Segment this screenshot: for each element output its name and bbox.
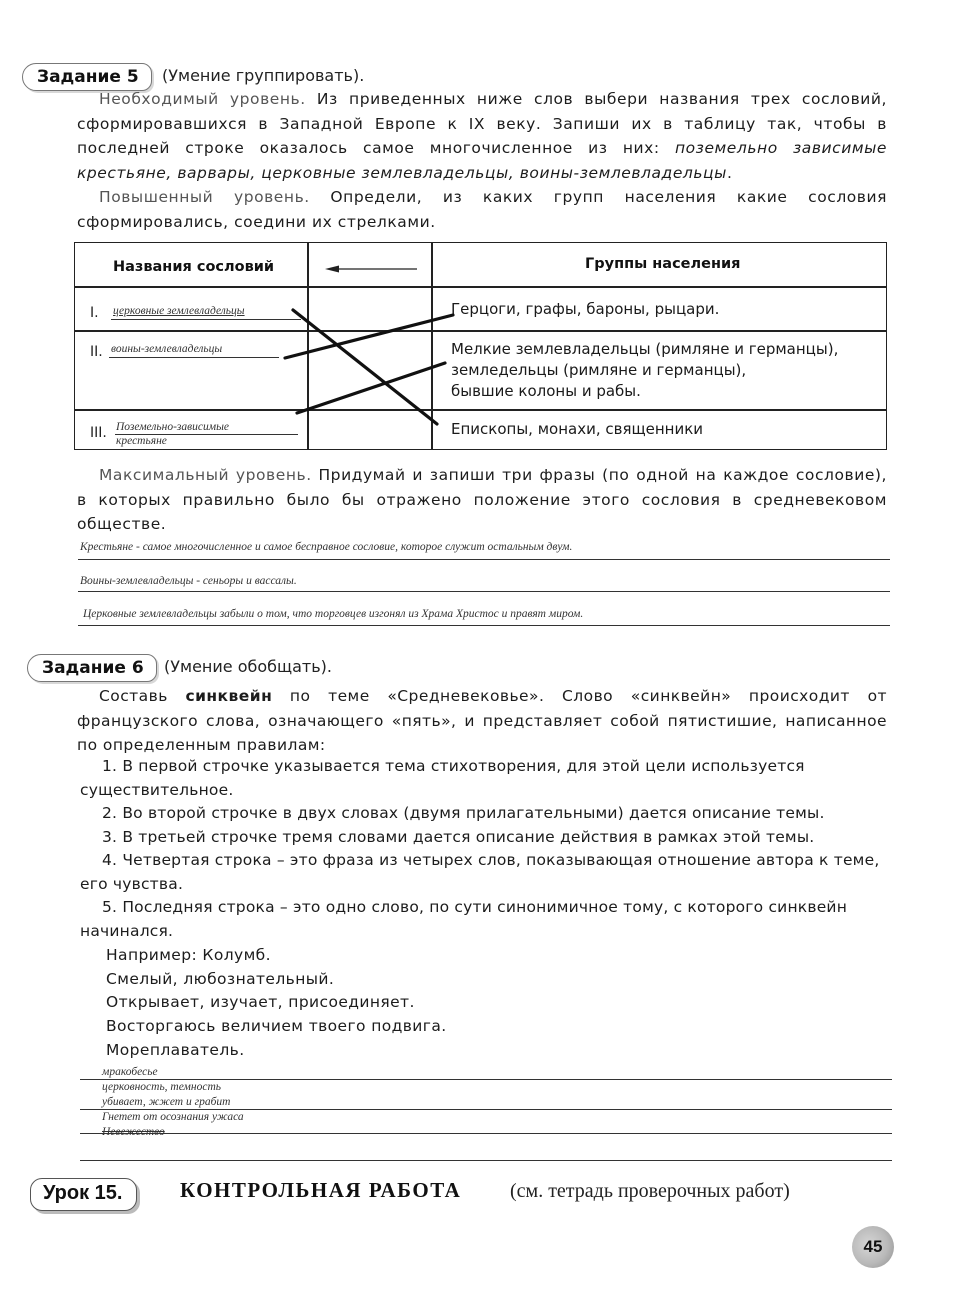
estates-table: Названия сословий Группы населения I. це… [74, 242, 887, 450]
cinquain-line-4[interactable]: Гнетет от осознания ужаса [102, 1111, 244, 1123]
max-level-label: Максимальный уровень. [99, 466, 312, 484]
cinquain-line-5[interactable]: Невежество [102, 1126, 165, 1138]
cinquain-line-2[interactable]: церковность, темность [102, 1081, 221, 1093]
task-5-required-paragraph: Необходимый уровень. Из приведенных ниже… [77, 87, 887, 185]
lesson-note: (см. тетрадь проверочных работ) [510, 1180, 790, 1203]
task-6-skill: (Умение обобщать). [164, 657, 332, 676]
rule-4: 4. Четвертая строка – это фраза из четыр… [80, 848, 888, 896]
intro-bold-term: синквейн [185, 687, 272, 705]
cinquain-line-3[interactable]: убивает, жжет и грабит [102, 1096, 230, 1108]
example-line-4: Восторгаюсь величием твоего подвига. [106, 1017, 447, 1035]
task-5-answer-2[interactable]: Воины-землевладельцы - сеньоры и вассалы… [80, 575, 297, 587]
task-5-max-paragraph: Максимальный уровень. Придумай и запиши … [77, 463, 887, 537]
task-5-skill: (Умение группировать). [162, 66, 364, 85]
example-line-5: Мореплаватель. [106, 1041, 245, 1059]
required-level-end: . [727, 164, 732, 182]
intro-before: Составь [99, 687, 185, 705]
page-number: 45 [864, 1237, 883, 1257]
cinquain-line-1[interactable]: мракобесье [102, 1066, 158, 1078]
lesson-title: КОНТРОЛЬНАЯ РАБОТА [180, 1178, 461, 1203]
example-line-2: Смелый, любознательный. [106, 970, 334, 988]
rule-5: 5. Последняя строка – это одно слово, по… [80, 895, 888, 943]
lesson-15-badge: Урок 15. [30, 1178, 137, 1211]
rule-3: 3. В третьей строчке тремя словами даетс… [80, 825, 888, 849]
required-level-label: Необходимый уровень. [99, 90, 306, 108]
page-number-badge: 45 [852, 1226, 894, 1268]
rule-2: 2. Во второй строчке в двух словах (двум… [80, 801, 888, 825]
task-6-badge: Задание 6 [27, 654, 157, 682]
example-line-3: Открывает, изучает, присоединяет. [106, 993, 415, 1011]
task-6-intro: Составь синквейн по теме «Средневековье»… [77, 684, 887, 758]
task-5-advanced-paragraph: Повышенный уровень. Определи, из каких г… [77, 185, 887, 234]
task-6-badge-label: Задание 6 [42, 658, 144, 678]
example-line-1: Например: Колумб. [106, 946, 271, 964]
connection-lines [75, 243, 888, 451]
rule-1: 1. В первой строчке указывается тема сти… [80, 754, 888, 802]
task-5-answer-1[interactable]: Крестьяне - самое многочисленное и самое… [80, 541, 572, 553]
task-5-badge-label: Задание 5 [37, 67, 139, 87]
advanced-level-label: Повышенный уровень. [99, 188, 310, 206]
task-5-answer-3[interactable]: Церковные землевладельцы забыли о том, ч… [83, 608, 583, 620]
